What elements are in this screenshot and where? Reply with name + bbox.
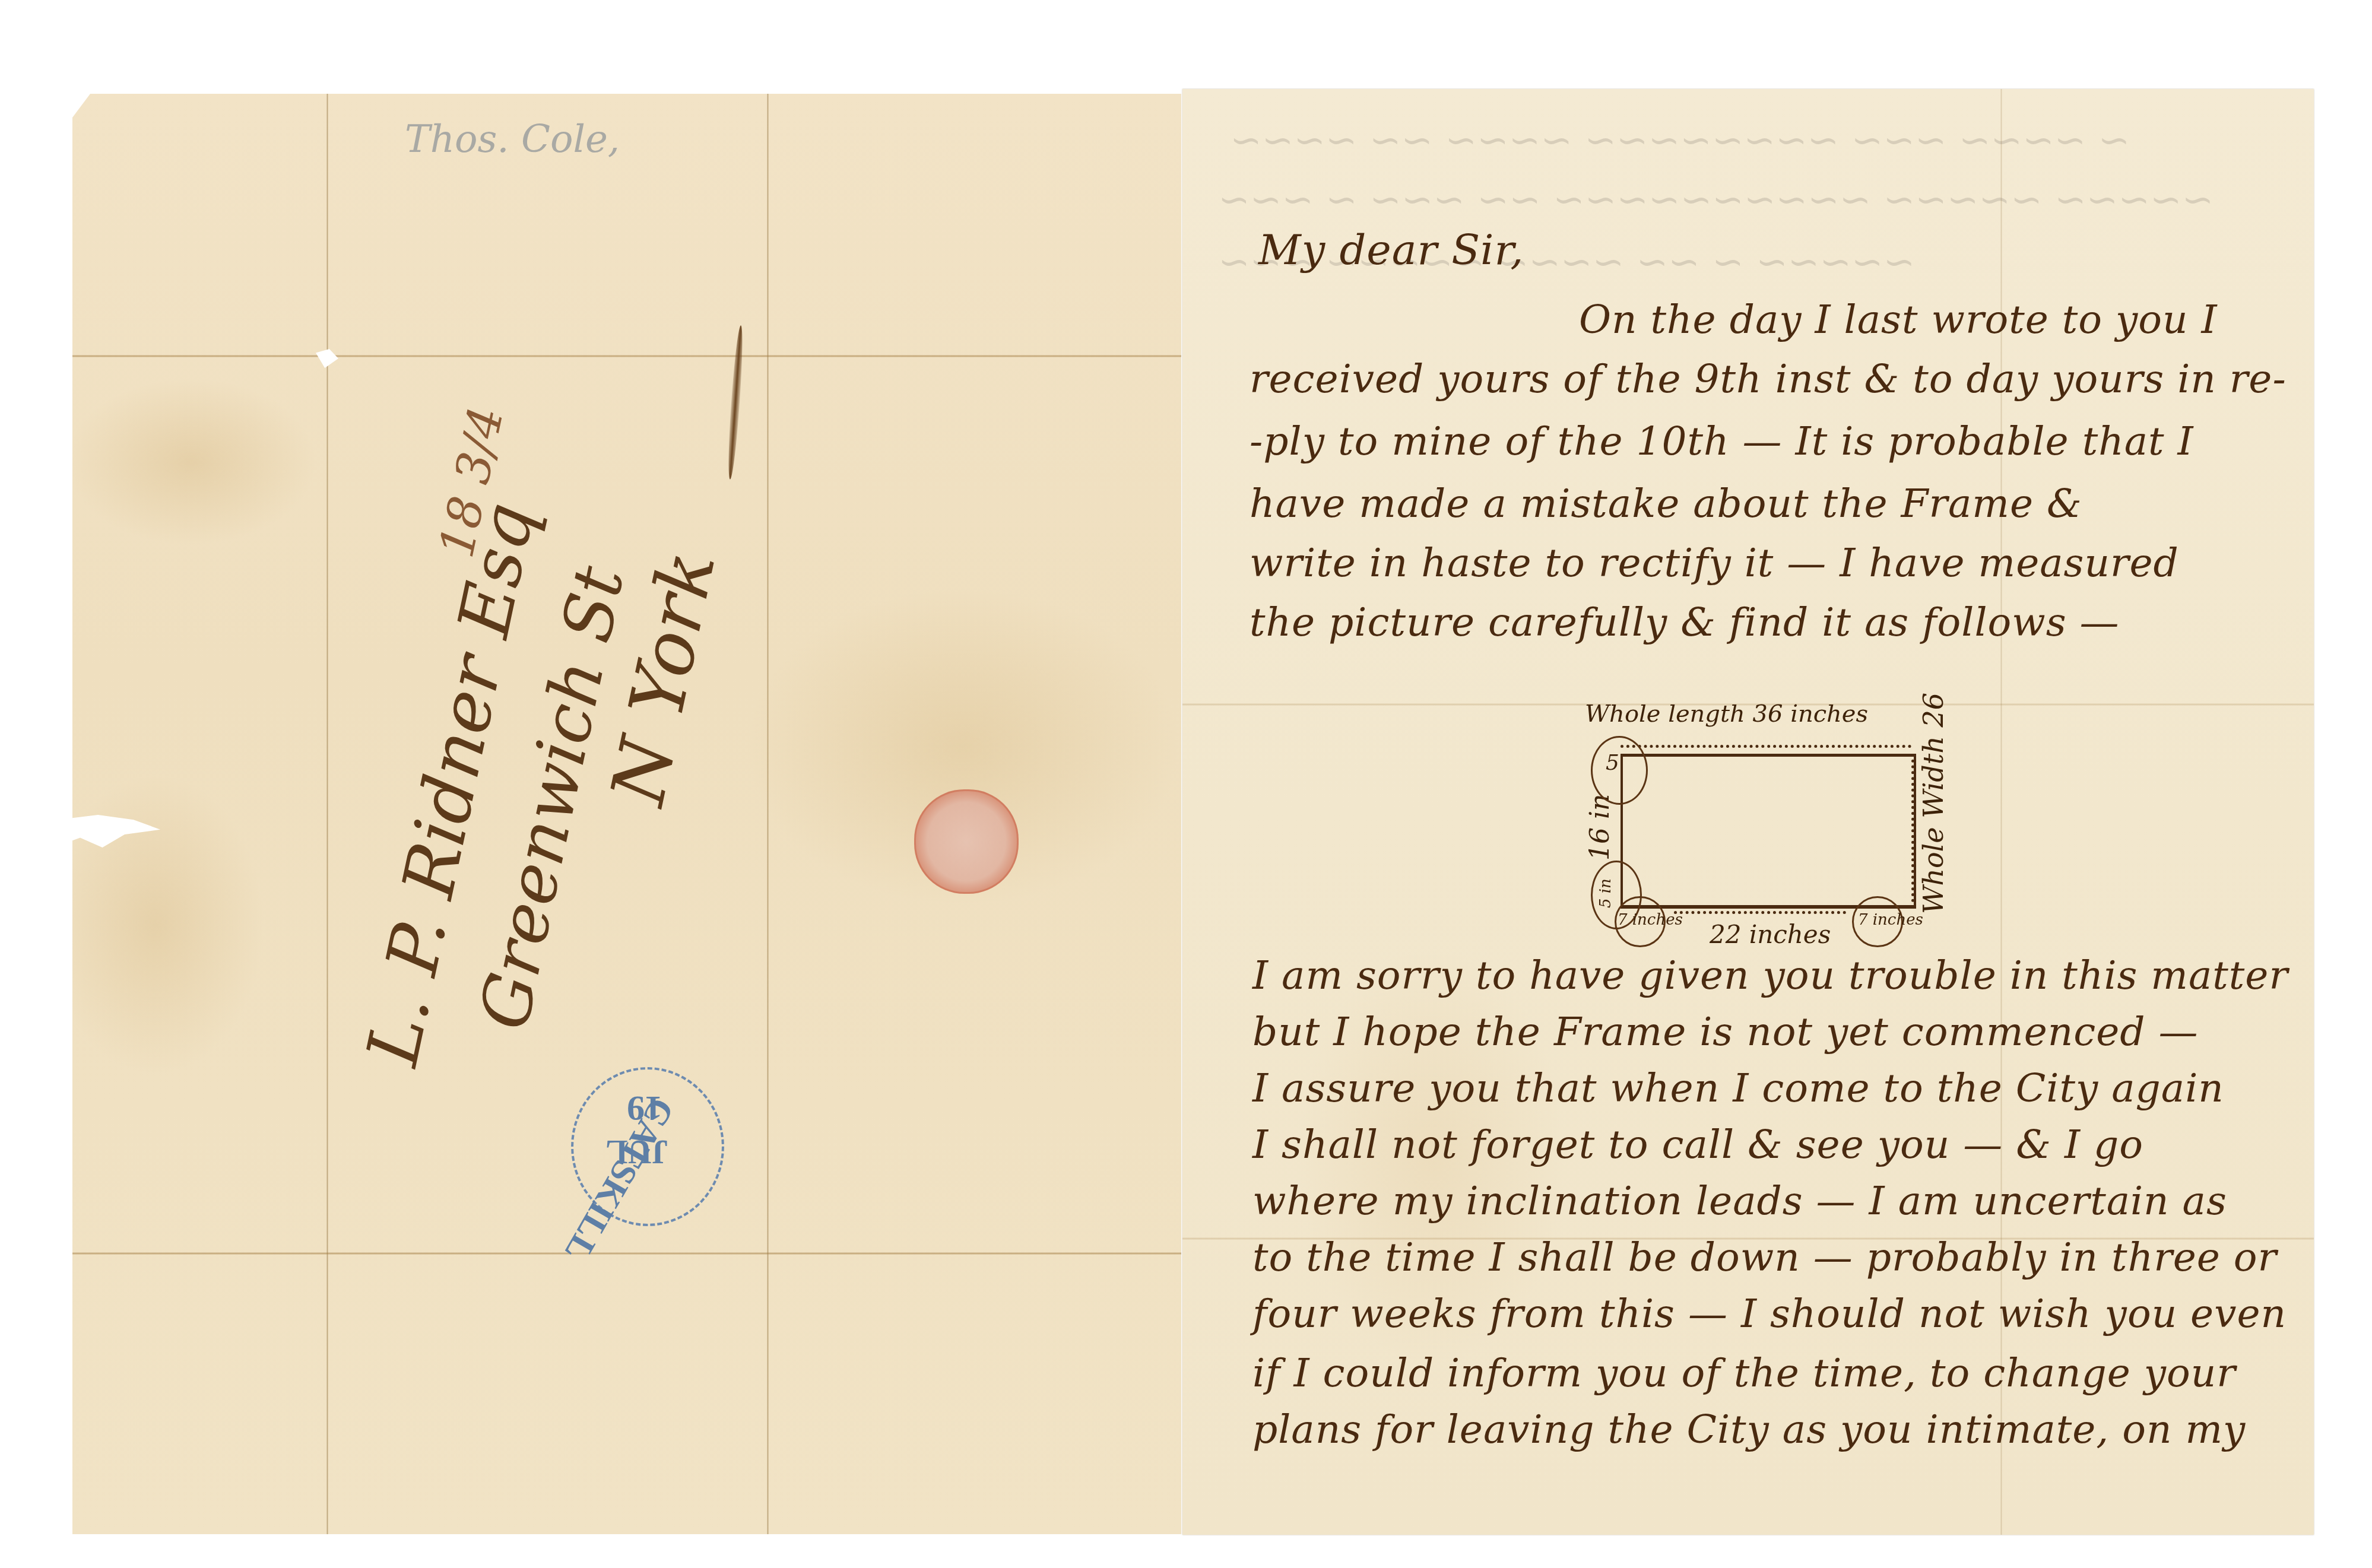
pencil-attribution-note: Thos. Cole, <box>405 118 620 161</box>
diagram-dotted-line <box>1674 911 1846 914</box>
ink-bleed-through: ~~~~~ ~~~~~ ~~~~~~~~~~ ~~ ~~~ ~ ~~~ <box>1218 178 2214 222</box>
letter-salutation: My dear Sir, <box>1258 226 1524 274</box>
paper-hole <box>316 349 338 368</box>
letter-line: write in haste to rectify it — I have me… <box>1250 540 2179 586</box>
frame-measurement-diagram: Whole length 36 inches Whole Width 26 16… <box>1555 712 1935 950</box>
letter-line: where my inclination leads — I am uncert… <box>1252 1178 2227 1224</box>
postmark-town: CATSKILL <box>556 1091 683 1268</box>
diagram-corner-top-left-label: 5 <box>1606 751 1619 775</box>
letter-line: have made a mistake about the Frame & <box>1250 481 2082 526</box>
diagram-corner-circle <box>1591 736 1648 805</box>
diagram-corner-left-label: 5 in <box>1597 878 1615 908</box>
diagram-dotted-line <box>1911 754 1914 902</box>
postmark-stamp: CATSKILL JUL 19 <box>571 1067 724 1226</box>
vertical-fold-line <box>326 94 328 1534</box>
wax-seal <box>914 789 1019 894</box>
letter-line: -ply to mine of the 10th — It is probabl… <box>1250 418 2194 464</box>
paper-tear <box>71 815 160 848</box>
diagram-bottom-label: 22 inches <box>1710 920 1831 949</box>
diagram-frame-rectangle <box>1621 754 1916 909</box>
letter-line: but I hope the Frame is not yet commence… <box>1252 1009 2198 1055</box>
letter-line: received yours of the 9th inst & to day … <box>1250 356 2287 402</box>
letter-line: four weeks from this — I should not wish… <box>1252 1291 2287 1337</box>
diagram-right-label: Whole Width 26 <box>1917 693 1949 914</box>
letter-line: if I could inform you of the time, to ch… <box>1252 1350 2236 1396</box>
diagram-corner-bottom-left-label: 7 inches <box>1618 911 1683 929</box>
diagram-dotted-line <box>1621 745 1911 748</box>
letter-line: the picture carefully & find it as follo… <box>1250 599 2120 645</box>
letter-line: I shall not forget to call & see you — &… <box>1252 1122 2143 1167</box>
letter-line: On the day I last wrote to you I <box>1579 297 2218 342</box>
letter-line: I am sorry to have given you trouble in … <box>1252 953 2288 998</box>
diagram-left-label: 16 in <box>1585 794 1615 861</box>
address-flourish-stroke <box>726 325 745 480</box>
letter-line: plans for leaving the City as you intima… <box>1252 1407 2246 1452</box>
letter-line: to the time I shall be down — probably i… <box>1252 1234 2277 1280</box>
diagram-top-label: Whole length 36 inches <box>1585 700 1868 728</box>
vertical-fold-line <box>767 94 769 1534</box>
diagram-corner-bottom-right-label: 7 inches <box>1858 911 1923 929</box>
horizontal-fold-line <box>72 1252 1181 1255</box>
horizontal-fold-line <box>72 355 1181 357</box>
postmark-day: 19 <box>627 1088 662 1129</box>
ink-bleed-through: ~ ~~~~ ~~~ ~~~~~~~~ ~~~~ ~~ ~~~~ <box>1230 119 2130 163</box>
left-page-address-side: Thos. Cole, L. P. Ridner Esq Greenwich S… <box>72 94 1181 1534</box>
postmark-month: JUL <box>605 1132 668 1170</box>
letter-line: I assure you that when I come to the Cit… <box>1252 1065 2224 1111</box>
